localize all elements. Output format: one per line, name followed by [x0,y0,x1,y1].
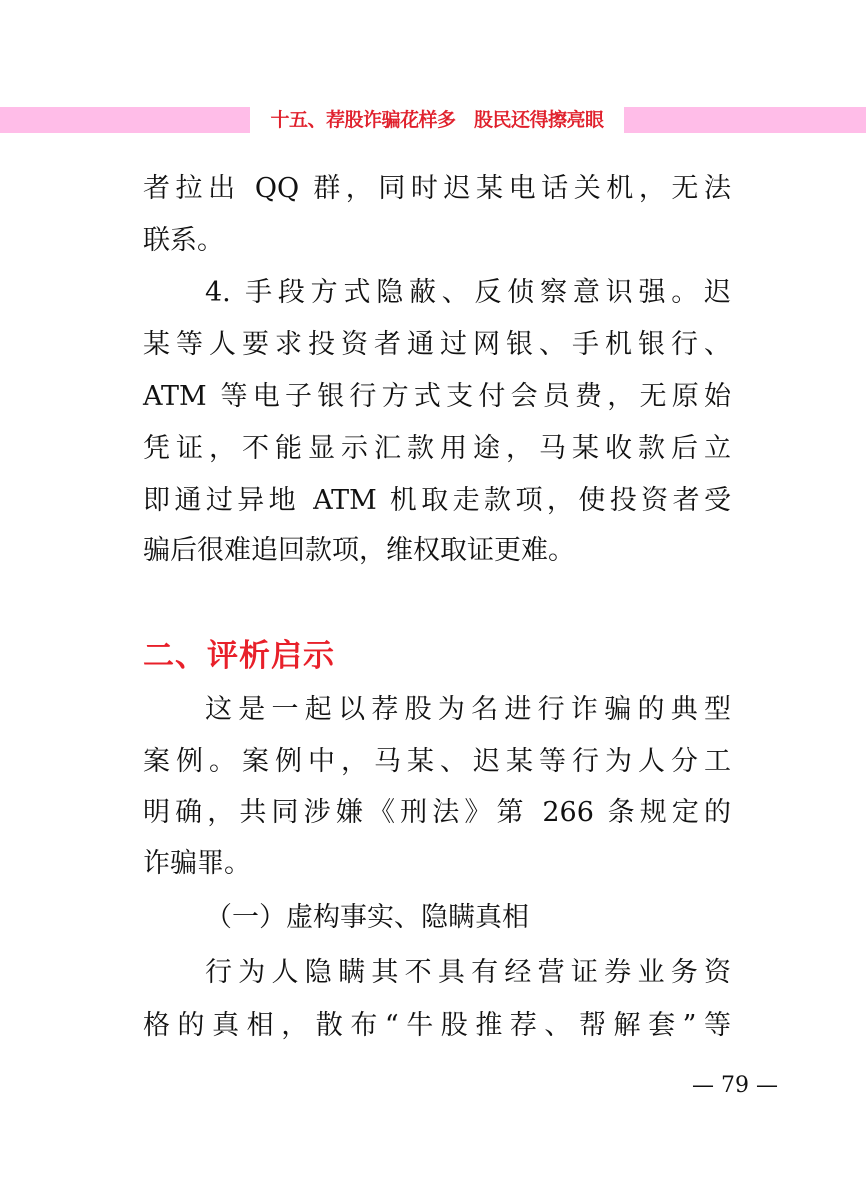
body-line: ATM 等电子银行方式支付会员费，无原始 [143,381,731,413]
header-band-right [624,107,866,133]
running-head: 十五、荐股诈骗花样多 股民还得擦亮眼 [256,104,618,136]
body-line: 案例。案例中，马某、迟某等行为人分工 [143,746,731,778]
body-line: 即通过异地 ATM 机取走款项，使投资者受 [143,485,731,517]
body-line: 这是一起以荐股为名进行诈骗的典型 [205,694,731,726]
body-line: 某等人要求投资者通过网银、手机银行、 [143,329,731,361]
body-line: 者拉出 QQ 群，同时迟某电话关机，无法 [143,173,731,205]
body-line: 行为人隐瞒其不具有经营证券业务资 [205,957,731,989]
body-line: 联系。 [143,225,731,257]
body-line: 凭证，不能显示汇款用途，马某收款后立 [143,433,731,465]
subheading: （一）虚构事实、隐瞒真相 [205,902,731,934]
body-line: 骗后很难追回款项，维权取证更难。 [143,535,731,567]
page-number: — 79 — [690,1072,780,1100]
body-line: 4. 手段方式隐蔽、反侦察意识强。迟 [205,277,731,309]
header-band-left [0,107,250,133]
body-line: 明确，共同涉嫌《刑法》第 266 条规定的 [143,797,731,829]
section-heading: 二、评析启示 [143,638,335,674]
body-line: 格的真相，散布“牛股推荐、帮解套”等 [143,1010,731,1042]
body-line: 诈骗罪。 [143,848,731,880]
